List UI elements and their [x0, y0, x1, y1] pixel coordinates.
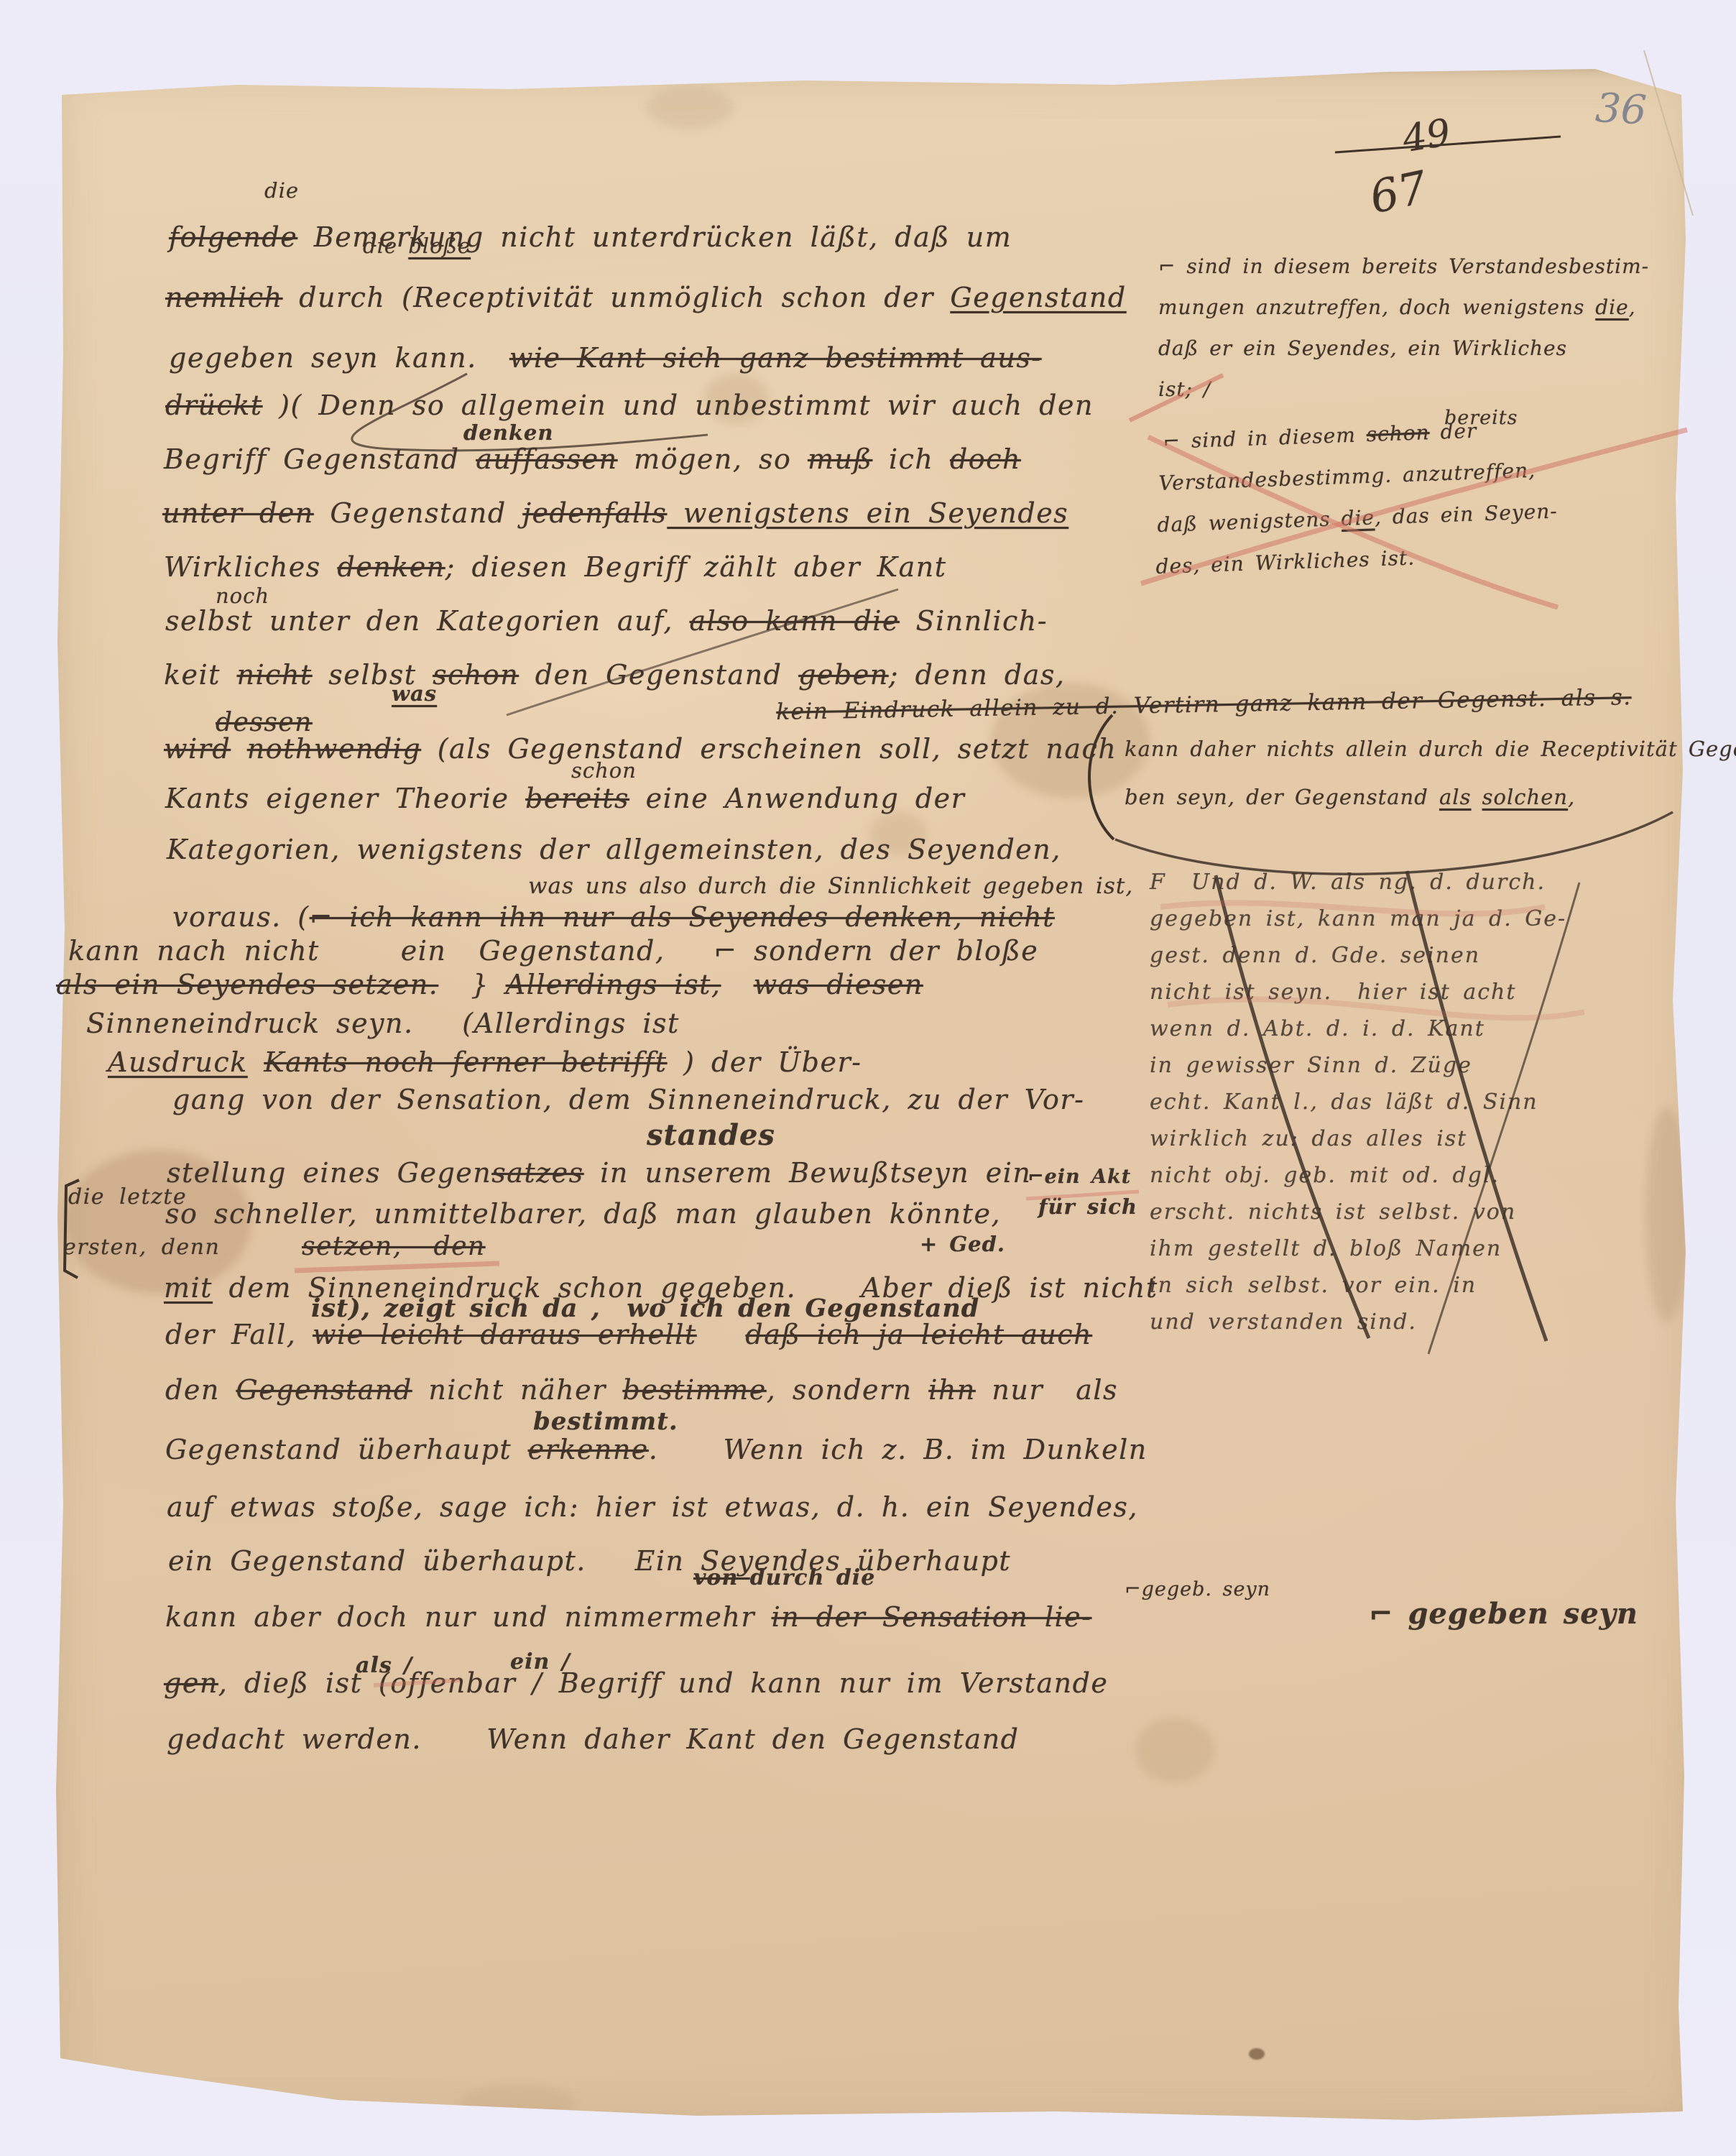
main-line: keit nicht selbst schon den Gegenstand g… — [164, 659, 1066, 691]
margin-note-gegeben-seyn: ⌐ gegeben seyn — [1369, 1597, 1638, 1631]
right-note-line: ben seyn, der Gegenstand als solchen, — [1125, 785, 1575, 809]
main-line: nemlich durch (Receptivität unmöglich sc… — [165, 282, 1127, 313]
scanned-manuscript-page: folgende Bemerkung nicht unterdrücken lä… — [0, 0, 1736, 2156]
scrawl-note-line: gegeben ist, kann man ja d. Ge- — [1150, 906, 1566, 931]
paper-stain — [1135, 1718, 1214, 1782]
interline-insertion: schon — [571, 758, 637, 783]
scrawl-note-line: erscht. nichts ist selbst. von — [1150, 1199, 1516, 1225]
main-line: den Gegenstand nicht näher bestimme, son… — [165, 1374, 1118, 1406]
main-line: Sinneneindruck seyn. (Allerdings ist — [86, 1008, 680, 1039]
scrawl-note-line: ihm gestellt d. bloß Namen — [1150, 1236, 1502, 1261]
right-note-line: ⌐ sind in diesem bereits Verstandesbesti… — [1158, 254, 1649, 278]
main-line: Kategorien, wenigstens der allgemeinsten… — [167, 834, 1061, 865]
left-margin-note: die letzte — [68, 1184, 187, 1210]
main-line: Gegenstand überhaupt erkenne. Wenn ich z… — [165, 1434, 1148, 1465]
main-line: kann aber doch nur und nimmermehr in der… — [165, 1601, 1092, 1633]
main-line: Wirkliches denken; diesen Begriff zählt … — [164, 551, 946, 583]
interline-insertion: die — [264, 178, 299, 203]
interline-insertion: standes — [647, 1118, 775, 1152]
right-note-line: ist; / — [1158, 377, 1211, 401]
interline-insertion: noch — [216, 584, 269, 608]
right-note-line: mungen anzutreffen, doch wenigstens die, — [1158, 295, 1636, 319]
paper-stain — [1645, 1107, 1689, 1322]
main-line: Kants eigener Theorie bereits eine Anwen… — [165, 783, 965, 814]
scrawl-note-line: wenn d. Abt. d. i. d. Kant — [1150, 1016, 1485, 1041]
main-line: unter den Gegenstand jedenfalls wenigste… — [162, 497, 1068, 529]
interline-insertion: bestimmt. — [533, 1407, 678, 1436]
scrawl-note-line: echt. Kant l., das läßt d. Sinn — [1150, 1089, 1538, 1115]
main-line: so schneller, unmittelbarer, daß man gla… — [165, 1198, 1001, 1230]
interline-insertion: von durch die — [693, 1565, 875, 1590]
interline-insertion: was uns also durch die Sinnlichkeit gege… — [528, 873, 1133, 899]
right-note-line: kann daher nichts allein durch die Recep… — [1125, 737, 1736, 761]
scrawl-note-line: nicht obj. geb. mit od. dgl. — [1150, 1163, 1500, 1188]
main-line: gen, dieß ist (offenbar / Begriff und ka… — [164, 1667, 1108, 1699]
main-line: gedacht werden. Wenn daher Kant den Gege… — [167, 1723, 1020, 1755]
main-line: der Fall, wie leicht daraus erhellt daß … — [165, 1319, 1092, 1350]
old-page-number-crossed: 49 — [1400, 111, 1454, 162]
main-line: auf etwas stoße, sage ich: hier ist etwa… — [167, 1491, 1138, 1523]
ink-spot — [1249, 2048, 1265, 2060]
scrawl-note-line: F Und d. W. als ng. d. durch. — [1150, 870, 1546, 895]
main-line: Begriff Gegenstand auffassen mögen, so m… — [164, 443, 1021, 475]
scrawl-note-line: in sich selbst. vor ein. in — [1150, 1273, 1477, 1298]
interline-insertion: + Ged. — [920, 1232, 1005, 1256]
scrawl-note-line: in gewisser Sinn d. Züge — [1150, 1053, 1472, 1078]
main-line: gegeben seyn kann. wie Kant sich ganz be… — [169, 342, 1042, 374]
paper-stain — [460, 2084, 575, 2120]
archival-page-number-pencil: 36 — [1594, 85, 1648, 134]
scrawl-note-line: nicht ist seyn. hier ist acht — [1150, 980, 1516, 1005]
main-line: Ausdruck Kants noch ferner betrifft ) de… — [108, 1046, 862, 1078]
main-line: folgende Bemerkung nicht unterdrücken lä… — [169, 221, 1012, 253]
main-line: wird nothwendig (als Gegenstand erschein… — [164, 733, 1117, 765]
main-line: setzen, den — [302, 1232, 486, 1261]
interline-insertion: ⌐gegeb. seyn — [1125, 1578, 1270, 1600]
interline-insertion: denken — [463, 420, 553, 445]
scrawl-note-line: gest. denn d. Gde. seinen — [1150, 943, 1480, 968]
interline-insertion: ⌐ein Akt — [1028, 1166, 1131, 1188]
paper-stain — [647, 86, 733, 129]
right-note-line: daß er ein Seyendes, ein Wirkliches — [1158, 336, 1567, 360]
main-line: voraus. (⌐ ich kann ihn nur als Seyendes… — [172, 901, 1055, 933]
main-line: selbst unter den Kategorien auf, also ka… — [165, 605, 1048, 637]
scrawl-note-line: wirklich zu: das alles ist — [1150, 1126, 1467, 1151]
left-margin-note: ersten, denn — [63, 1235, 220, 1260]
interline-insertion: was — [392, 681, 437, 706]
main-line: als ein Seyendes setzen. } Allerdings is… — [56, 969, 923, 1000]
main-line: kann nach nicht ein Gegenstand, ⌐ sonder… — [68, 935, 1038, 967]
scrawl-note-line: und verstanden sind. — [1150, 1309, 1417, 1335]
main-line: ein Gegenstand überhaupt. Ein Seyendes ü… — [168, 1545, 1011, 1577]
interline-insertion: die bloße — [363, 234, 471, 258]
main-line: gang von der Sensation, dem Sinneneindru… — [172, 1084, 1084, 1115]
interline-insertion: für sich — [1038, 1194, 1137, 1219]
main-line: drückt )( Denn so allgemein und unbestim… — [165, 390, 1094, 421]
main-line: stellung eines Gegensatzes in unserem Be… — [167, 1157, 1031, 1189]
